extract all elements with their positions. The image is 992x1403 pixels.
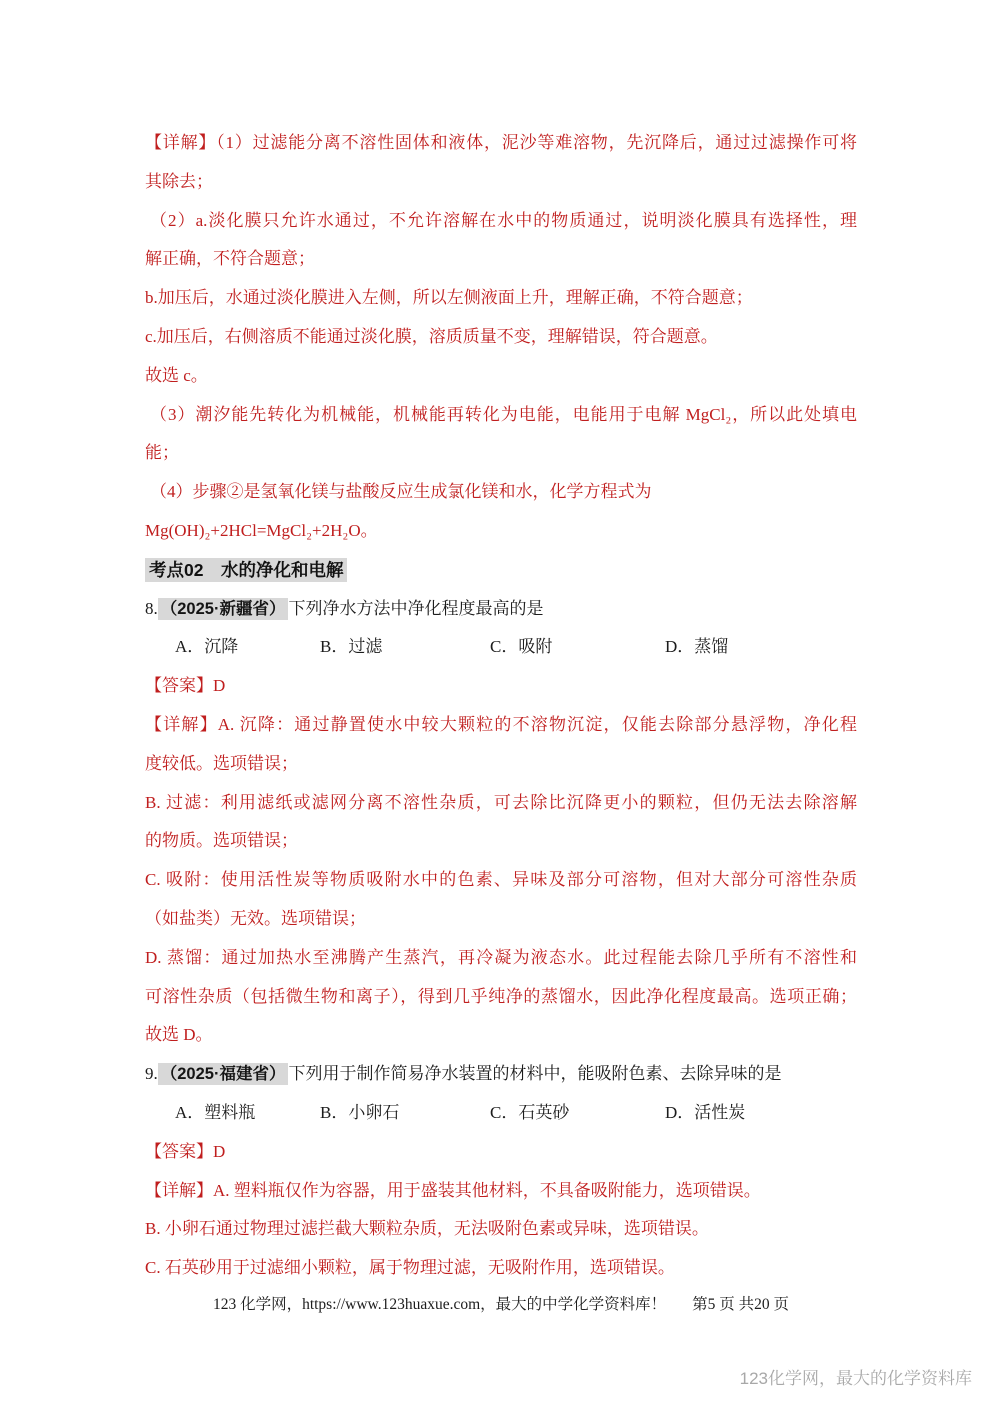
source-tag: （2025·福建省） bbox=[158, 1063, 289, 1085]
source-tag: （2025·新疆省） bbox=[158, 598, 289, 620]
text-run: 【答案】D bbox=[145, 1142, 225, 1161]
page-footer: 123 化学网，https://www.123huaxue.com，最大的中学化… bbox=[145, 1292, 857, 1318]
text-line: Mg(OH)₂+2HCl=MgCl₂+2H₂O。 bbox=[145, 512, 857, 551]
text-run: 下列净水方法中净化程度最高的是 bbox=[288, 599, 543, 618]
text-line: 其除去； bbox=[145, 163, 857, 202]
text-line: 故选 D。 bbox=[145, 1016, 857, 1055]
text-line: D. 蒸馏：通过加热水至沸腾产生蒸汽，再冷凝为液态水。此过程能去除几乎所有不溶性… bbox=[145, 939, 857, 978]
text-run: 能； bbox=[145, 443, 179, 462]
text-line: 9.（2025·福建省）下列用于制作简易净水装置的材料中，能吸附色素、去除异味的… bbox=[145, 1055, 857, 1094]
text-line: 解正确，不符合题意； bbox=[145, 240, 857, 279]
text-run: 度较低。选项错误； bbox=[145, 754, 298, 773]
section-heading: 考点02 水的净化和电解 bbox=[145, 558, 347, 582]
text-run: 解正确，不符合题意； bbox=[145, 249, 315, 268]
text-line: 度较低。选项错误； bbox=[145, 745, 857, 784]
page-number: 第5 页 共20 页 bbox=[692, 1296, 789, 1313]
text-run: 故选 c。 bbox=[145, 366, 208, 385]
option-item: C．石英砂 bbox=[490, 1094, 665, 1133]
text-run: （如盐类）无效。选项错误； bbox=[145, 909, 366, 928]
text-run: C. 石英砂用于过滤细小颗粒，属于物理过滤，无吸附作用，选项错误。 bbox=[145, 1258, 675, 1277]
text-run: （2）a.淡化膜只允许水通过，不允许溶解在水中的物质通过，说明淡化膜具有选择性，… bbox=[150, 211, 857, 230]
text-run: （4）步骤②是氢氧化镁与盐酸反应生成氯化镁和水，化学方程式为 bbox=[150, 482, 652, 501]
text-run: Mg(OH)₂+2HCl=MgCl₂+2H₂O。 bbox=[145, 521, 378, 540]
text-run: 可溶性杂质（包括微生物和离子），得到几乎纯净的蒸馏水，因此净化程度最高。选项正确… bbox=[145, 987, 857, 1006]
text-run: 8. bbox=[145, 599, 158, 618]
text-run: 【详解】A. 塑料瓶仅作为容器，用于盛装其他材料，不具备吸附能力，选项错误。 bbox=[145, 1181, 761, 1200]
text-line: 【答案】D bbox=[145, 667, 857, 706]
text-run: C. 吸附：使用活性炭等物质吸附水中的色素、异味及部分可溶物，但对大部分可溶性杂… bbox=[145, 870, 857, 889]
text-run: 【答案】D bbox=[145, 676, 225, 695]
text-run: 故选 D。 bbox=[145, 1025, 213, 1044]
text-line: （如盐类）无效。选项错误； bbox=[145, 900, 857, 939]
text-line: 的物质。选项错误； bbox=[145, 822, 857, 861]
text-line: C. 吸附：使用活性炭等物质吸附水中的色素、异味及部分可溶物，但对大部分可溶性杂… bbox=[145, 861, 857, 900]
options-row: A．沉降B．过滤C．吸附D．蒸馏 bbox=[145, 628, 857, 667]
text-line: （2）a.淡化膜只允许水通过，不允许溶解在水中的物质通过，说明淡化膜具有选择性，… bbox=[145, 202, 857, 241]
footer-text: 123 化学网，https://www.123huaxue.com，最大的中学化… bbox=[213, 1296, 666, 1313]
text-line: 考点02 水的净化和电解 bbox=[145, 551, 857, 590]
text-line: 【详解】A. 沉降：通过静置使水中较大颗粒的不溶物沉淀，仅能去除部分悬浮物，净化… bbox=[145, 706, 857, 745]
text-run: 9. bbox=[145, 1064, 158, 1083]
option-item: D．蒸馏 bbox=[665, 628, 728, 667]
options-row: A．塑料瓶B．小卵石C．石英砂D．活性炭 bbox=[145, 1094, 857, 1133]
option-item: A．塑料瓶 bbox=[175, 1094, 320, 1133]
option-item: B．小卵石 bbox=[320, 1094, 490, 1133]
text-line: 【答案】D bbox=[145, 1133, 857, 1172]
text-run: c.加压后，右侧溶质不能通过淡化膜，溶质质量不变，理解错误，符合题意。 bbox=[145, 327, 718, 346]
text-line: （3）潮汐能先转化为机械能，机械能再转化为电能，电能用于电解 MgCl₂，所以此… bbox=[145, 396, 857, 435]
text-line: 可溶性杂质（包括微生物和离子），得到几乎纯净的蒸馏水，因此净化程度最高。选项正确… bbox=[145, 978, 857, 1017]
option-item: B．过滤 bbox=[320, 628, 490, 667]
text-line: c.加压后，右侧溶质不能通过淡化膜，溶质质量不变，理解错误，符合题意。 bbox=[145, 318, 857, 357]
text-run: 【详解】A. 沉降：通过静置使水中较大颗粒的不溶物沉淀，仅能去除部分悬浮物，净化… bbox=[145, 715, 857, 734]
text-line: B. 过滤：利用滤纸或滤网分离不溶性杂质，可去除比沉降更小的颗粒，但仍无法去除溶… bbox=[145, 784, 857, 823]
document-body: 【详解】（1）过滤能分离不溶性固体和液体，泥沙等难溶物，先沉降后，通过过滤操作可… bbox=[145, 124, 857, 1288]
option-item: C．吸附 bbox=[490, 628, 665, 667]
text-line: 【详解】A. 塑料瓶仅作为容器，用于盛装其他材料，不具备吸附能力，选项错误。 bbox=[145, 1172, 857, 1211]
text-run: 下列用于制作简易净水装置的材料中，能吸附色素、去除异味的是 bbox=[288, 1064, 781, 1083]
text-line: b.加压后，水通过淡化膜进入左侧，所以左侧液面上升，理解正确，不符合题意； bbox=[145, 279, 857, 318]
text-run: 的物质。选项错误； bbox=[145, 831, 298, 850]
text-run: b.加压后，水通过淡化膜进入左侧，所以左侧液面上升，理解正确，不符合题意； bbox=[145, 288, 753, 307]
text-run: B. 小卵石通过物理过滤拦截大颗粒杂质，无法吸附色素或异味，选项错误。 bbox=[145, 1219, 709, 1238]
text-run: 【详解】（1）过滤能分离不溶性固体和液体，泥沙等难溶物，先沉降后，通过过滤操作可… bbox=[145, 133, 857, 152]
text-run: 其除去； bbox=[145, 172, 213, 191]
option-item: D．活性炭 bbox=[665, 1094, 745, 1133]
text-line: C. 石英砂用于过滤细小颗粒，属于物理过滤，无吸附作用，选项错误。 bbox=[145, 1249, 857, 1288]
text-line: 8.（2025·新疆省）下列净水方法中净化程度最高的是 bbox=[145, 590, 857, 629]
text-line: 【详解】（1）过滤能分离不溶性固体和液体，泥沙等难溶物，先沉降后，通过过滤操作可… bbox=[145, 124, 857, 163]
option-item: A．沉降 bbox=[175, 628, 320, 667]
text-line: B. 小卵石通过物理过滤拦截大颗粒杂质，无法吸附色素或异味，选项错误。 bbox=[145, 1210, 857, 1249]
text-run: B. 过滤：利用滤纸或滤网分离不溶性杂质，可去除比沉降更小的颗粒，但仍无法去除溶… bbox=[145, 793, 857, 812]
text-line: 能； bbox=[145, 434, 857, 473]
text-line: 故选 c。 bbox=[145, 357, 857, 396]
text-run: （3）潮汐能先转化为机械能，机械能再转化为电能，电能用于电解 MgCl₂，所以此… bbox=[150, 405, 857, 424]
text-run: D. 蒸馏：通过加热水至沸腾产生蒸汽，再冷凝为液态水。此过程能去除几乎所有不溶性… bbox=[145, 948, 857, 967]
watermark: 123化学网，最大的化学资料库 bbox=[740, 1366, 972, 1392]
text-line: （4）步骤②是氢氧化镁与盐酸反应生成氯化镁和水，化学方程式为 bbox=[145, 473, 857, 512]
